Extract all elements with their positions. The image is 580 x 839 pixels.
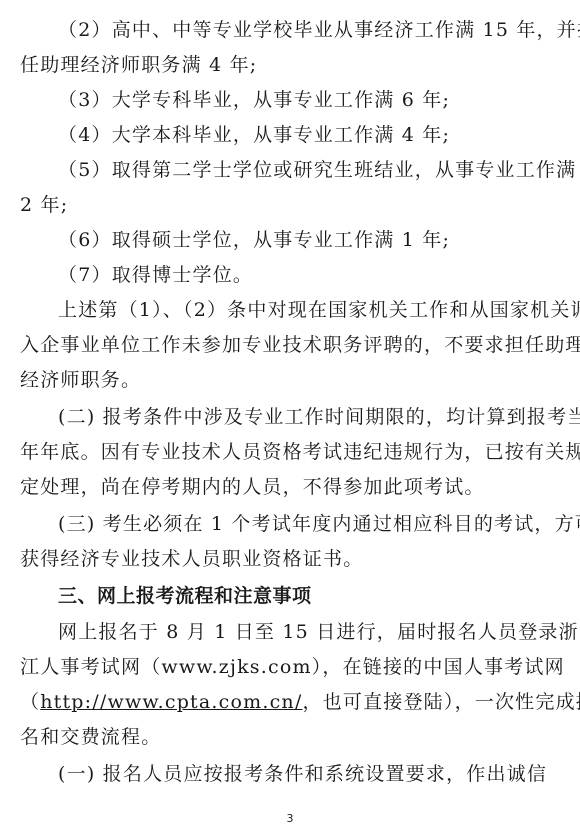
paragraph-line: （7）取得博士学位。 (58, 263, 558, 287)
paragraph-line: （6）取得硕士学位，从事专业工作满 1 年; (58, 228, 558, 252)
paragraph-line: 年年底。因有专业技术人员资格考试违纪违规行为，已按有关规 (20, 440, 560, 464)
paragraph-line-with-link: （http://www.cpta.com.cn/，也可直接登陆），一次性完成报 (20, 690, 560, 714)
paragraph-line: (二) 报考条件中涉及专业工作时间期限的，均计算到报考当 (58, 405, 558, 429)
paragraph-line: 2 年; (20, 193, 560, 217)
paragraph-line: 定处理，尚在停考期内的人员，不得参加此项考试。 (20, 475, 560, 499)
paragraph-line: 名和交费流程。 (20, 725, 560, 749)
cpta-link[interactable]: http://www.cpta.com.cn/ (40, 691, 302, 713)
paragraph-line: （5）取得第二学士学位或研究生班结业，从事专业工作满 (58, 158, 558, 182)
paragraph-line: （2）高中、中等专业学校毕业从事经济工作满 15 年，并担 (58, 18, 558, 42)
paragraph-line: 江人事考试网（www.zjks.com），在链接的中国人事考试网 (20, 655, 560, 679)
paragraph-line: 网上报名于 8 月 1 日至 15 日进行，届时报名人员登录浙 (58, 620, 558, 644)
paragraph-line: 获得经济专业技术人员职业资格证书。 (20, 547, 560, 571)
section-heading: 三、网上报考流程和注意事项 (58, 584, 558, 608)
paragraph-line: 上述第（1）、（2）条中对现在国家机关工作和从国家机关调 (58, 298, 558, 322)
page-number: 3 (0, 812, 580, 825)
paragraph-line: 入企事业单位工作未参加专业技术职务评聘的，不要求担任助理 (20, 333, 560, 357)
paragraph-line: 任助理经济师职务满 4 年; (20, 53, 560, 77)
paragraph-line: （3）大学专科毕业，从事专业工作满 6 年; (58, 88, 558, 112)
open-paren: （ (20, 691, 40, 713)
paragraph-line: （4）大学本科毕业，从事专业工作满 4 年; (58, 123, 558, 147)
link-line-rest: ，也可直接登陆），一次性完成报 (302, 691, 580, 713)
paragraph-line: (三) 考生必须在 1 个考试年度内通过相应科目的考试，方可 (58, 512, 558, 536)
paragraph-line: 经济师职务。 (20, 368, 560, 392)
paragraph-line: (一) 报名人员应按报考条件和系统设置要求，作出诚信 (58, 762, 558, 786)
